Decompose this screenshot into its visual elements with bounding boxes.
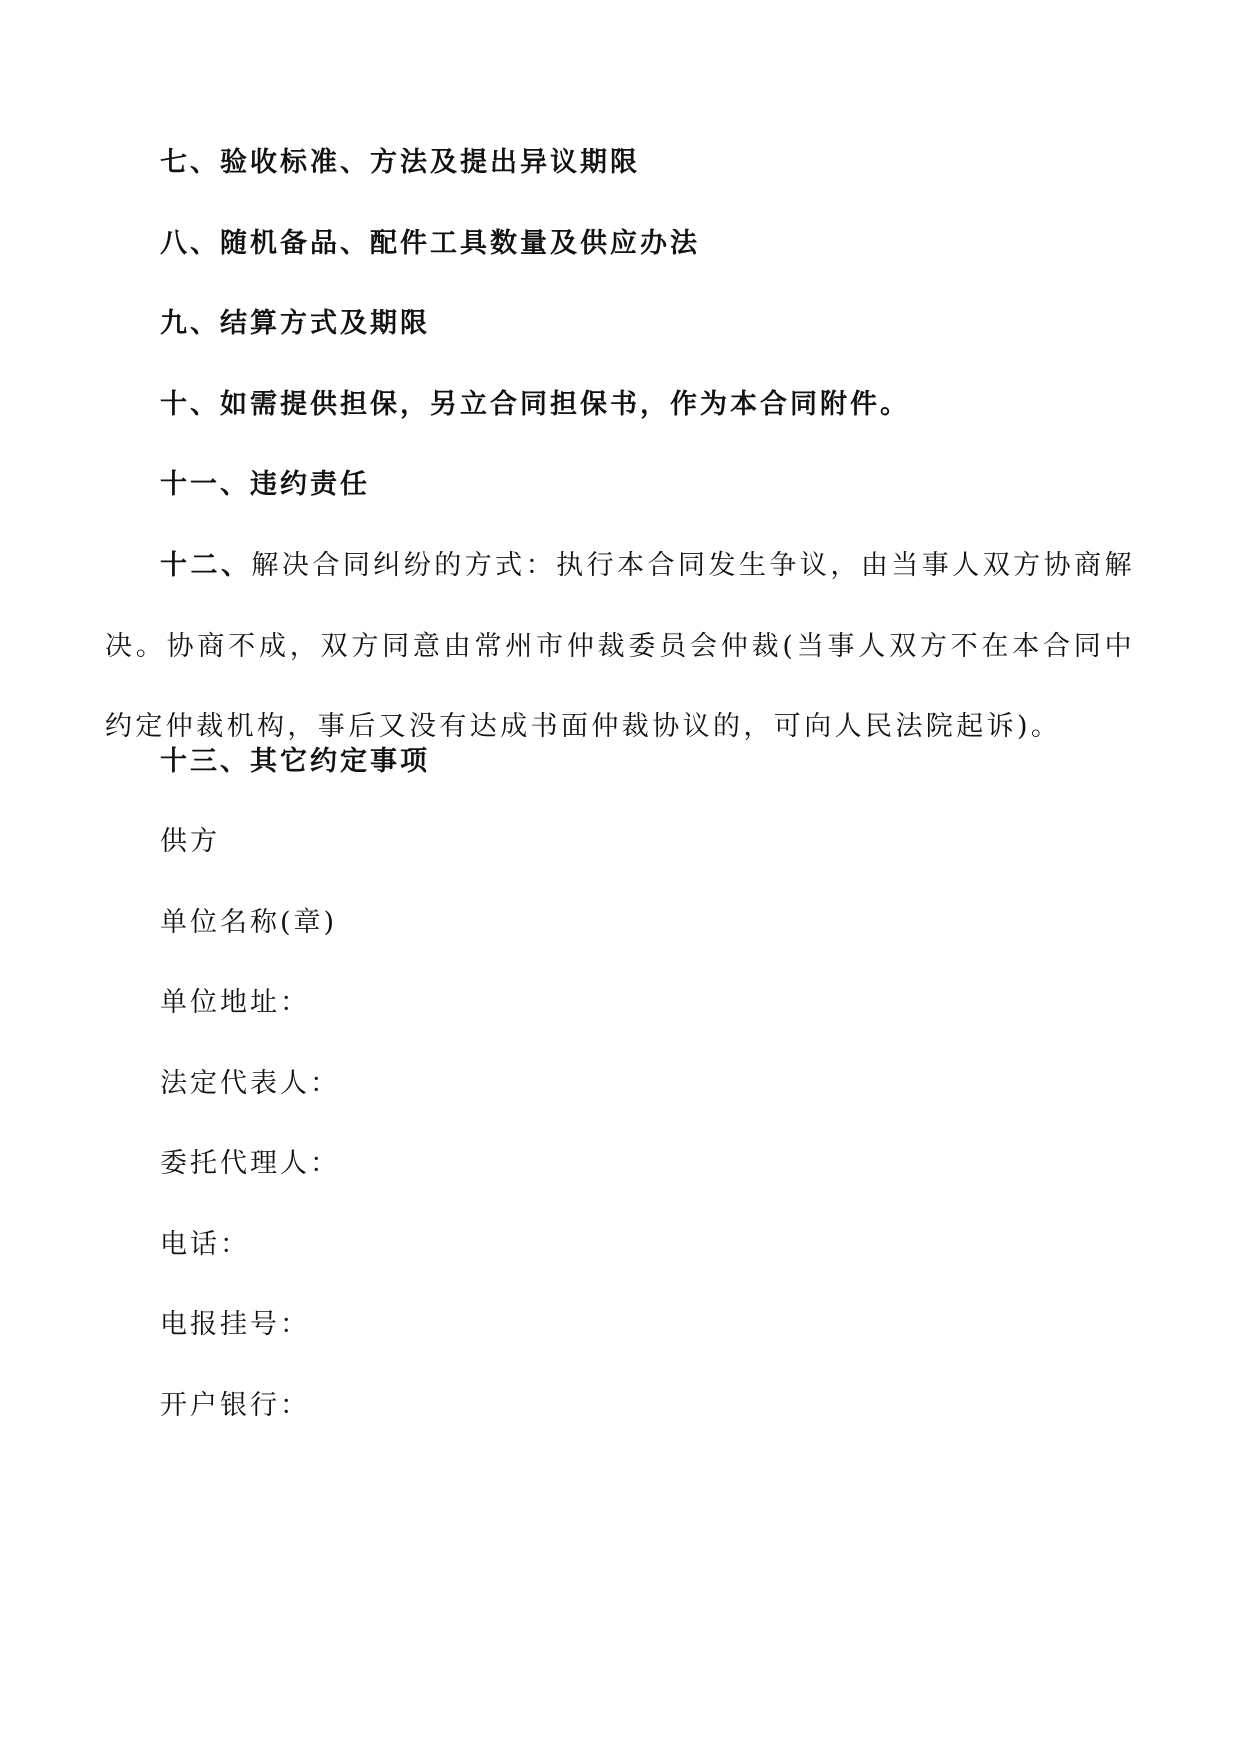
- section-10-heading: 十、如需提供担保，另立合同担保书，作为本合同附件。: [160, 385, 910, 425]
- field-authorized-agent: 委托代理人：: [160, 1144, 340, 1184]
- field-company-name: 单位名称(章): [160, 903, 337, 943]
- section-7-heading: 七、验收标准、方法及提出异议期限: [160, 143, 640, 183]
- section-9-heading: 九、结算方式及期限: [160, 304, 430, 344]
- supplier-title: 供方: [160, 822, 220, 862]
- field-legal-representative: 法定代表人：: [160, 1064, 340, 1104]
- section-8-heading: 八、随机备品、配件工具数量及供应办法: [160, 224, 700, 264]
- field-telegraph: 电报挂号：: [160, 1305, 310, 1345]
- field-phone: 电话：: [160, 1225, 250, 1265]
- section-11-heading: 十一、违约责任: [160, 465, 370, 505]
- section-12-paragraph: 十二、解决合同纠纷的方式：执行本合同发生争议，由当事人双方协商解决。协商不成，双…: [105, 526, 1135, 768]
- section-12-lead: 十二、: [160, 550, 251, 581]
- section-13-heading: 十三、其它约定事项: [160, 742, 430, 782]
- field-bank: 开户银行：: [160, 1386, 310, 1426]
- field-company-address: 单位地址：: [160, 983, 310, 1023]
- document-page: 七、验收标准、方法及提出异议期限 八、随机备品、配件工具数量及供应办法 九、结算…: [0, 0, 1240, 1753]
- section-12-body: 解决合同纠纷的方式：执行本合同发生争议，由当事人双方协商解决。协商不成，双方同意…: [105, 550, 1135, 742]
